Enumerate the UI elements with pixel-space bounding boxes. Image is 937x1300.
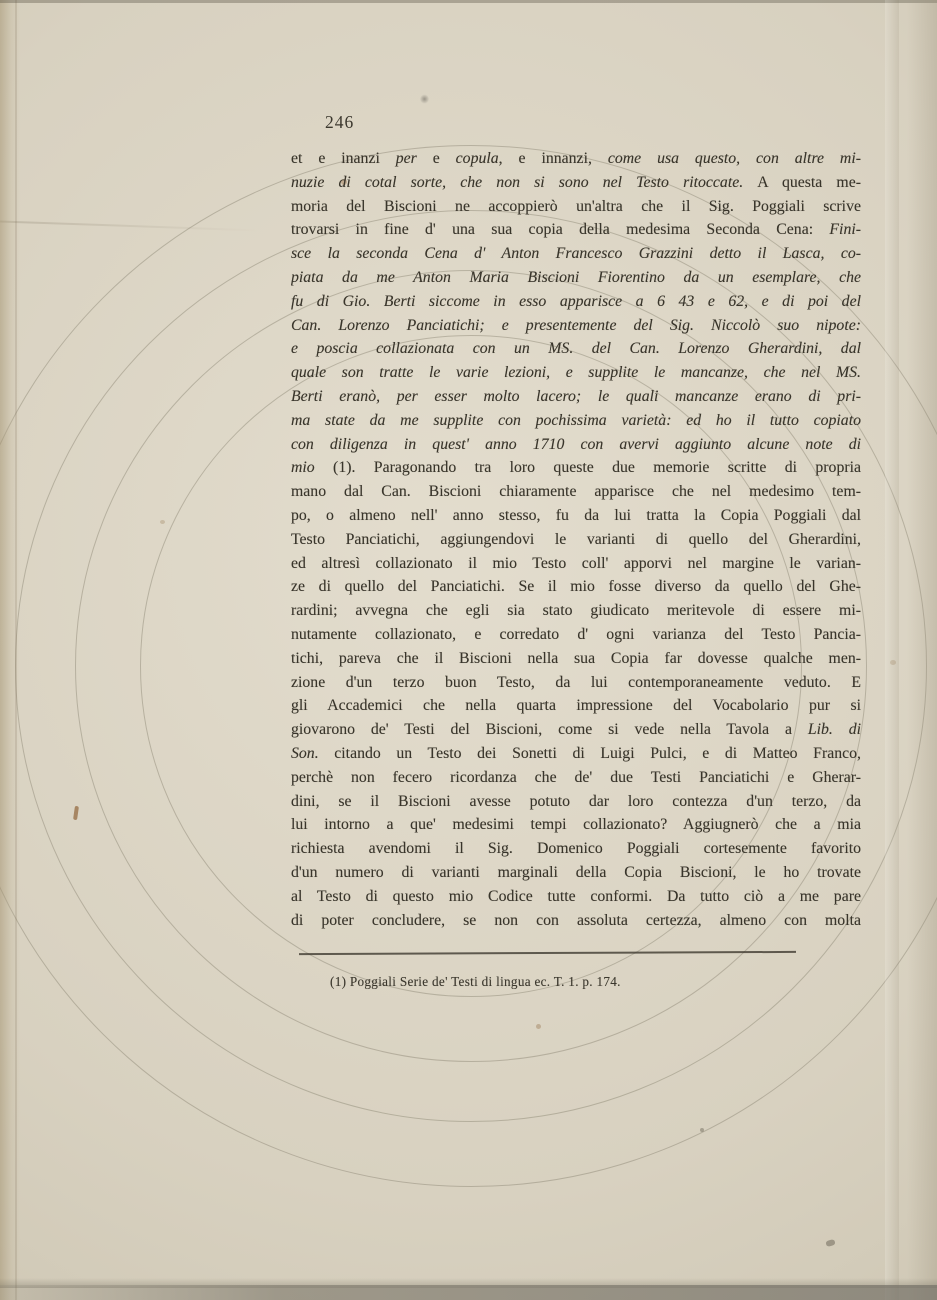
text-segment: rardini; avvegna che egli sia stato giud… (291, 602, 861, 619)
italic-text-segment: mio (291, 459, 315, 476)
page-left-edge (0, 0, 20, 1300)
page-top-edge (0, 0, 937, 3)
text-segment: tichi, pareva che il Biscioni nella sua … (291, 650, 861, 667)
paper-stain (536, 1024, 541, 1029)
text-line: et e inanzi per e copula, e innanzi, com… (291, 147, 861, 171)
text-segment: al Testo di questo mio Codice tutte conf… (291, 888, 861, 905)
text-line: tichi, pareva che il Biscioni nella sua … (291, 647, 861, 671)
text-line: d'un numero di varianti marginali della … (291, 861, 861, 885)
text-line: nutamente collazionato, e corredato d' o… (291, 623, 861, 647)
text-segment: giovarono de' Testi del Biscioni, come s… (291, 721, 808, 738)
italic-text-segment: sce la seconda Cena d' Anton Francesco G… (291, 245, 861, 262)
text-segment: trovarsi in fine d' una sua copia della … (291, 221, 829, 238)
italic-text-segment: e poscia collazionata con un MS. del Can… (291, 340, 861, 357)
text-line: moria del Biscioni ne accoppierò un'altr… (291, 195, 861, 219)
text-segment: gli Accademici che nella quarta impressi… (291, 697, 861, 714)
italic-text-segment: con diligenza in quest' anno 1710 con av… (291, 436, 861, 453)
text-line: mio (1). Paragonando tra loro queste due… (291, 456, 861, 480)
text-segment: lui intorno a que' medesimi tempi collaz… (291, 816, 861, 833)
text-segment: (1). Paragonando tra loro queste due mem… (315, 459, 861, 476)
page-number: 246 (325, 112, 354, 133)
italic-text-segment: fu di Gio. Berti siccome in esso apparis… (291, 293, 861, 310)
italic-text-segment: per (396, 150, 417, 167)
italic-text-segment: Berti eranò, per esser molto lacero; le … (291, 388, 861, 405)
text-segment: perchè non fecero ricordanza che de' due… (291, 769, 861, 786)
text-line: sce la seconda Cena d' Anton Francesco G… (291, 242, 861, 266)
text-line: Berti eranò, per esser molto lacero; le … (291, 385, 861, 409)
text-line: lui intorno a que' medesimi tempi collaz… (291, 813, 861, 837)
italic-text-segment: quale son tratte le varie lezioni, e sup… (291, 364, 861, 381)
text-line: rardini; avvegna che egli sia stato giud… (291, 599, 861, 623)
text-line: quale son tratte le varie lezioni, e sup… (291, 361, 861, 385)
paper-stain (700, 1128, 704, 1132)
scan-bottom-band (0, 1285, 937, 1300)
text-line: fu di Gio. Berti siccome in esso apparis… (291, 290, 861, 314)
text-line: po, o almeno nell' anno stesso, fu da lu… (291, 504, 861, 528)
footnote-text: (1) Poggiali Serie de' Testi di lingua e… (330, 974, 621, 990)
text-line: e poscia collazionata con un MS. del Can… (291, 337, 861, 361)
text-line: nuzie di cotal sorte, che non si sono ne… (291, 171, 861, 195)
text-segment: nutamente collazionato, e corredato d' o… (291, 626, 861, 643)
text-line: dini, se il Biscioni avesse potuto dar l… (291, 790, 861, 814)
ink-smudge (420, 94, 429, 104)
scanned-book-page: 246 et e inanzi per e copula, e innanzi,… (0, 0, 937, 1300)
text-segment: Testo Panciatichi, aggiungendovi le vari… (291, 531, 861, 548)
text-segment: dini, se il Biscioni avesse potuto dar l… (291, 793, 861, 810)
page-left-crease (15, 0, 17, 1300)
text-line: gli Accademici che nella quarta impressi… (291, 694, 861, 718)
text-line: ma state da me supplite con pochissima v… (291, 409, 861, 433)
text-segment: citando un Testo dei Sonetti di Luigi Pu… (319, 745, 861, 762)
italic-text-segment: ma state da me supplite con pochissima v… (291, 412, 861, 429)
italic-text-segment: Fini- (829, 221, 861, 238)
text-line: richiesta avendomi il Sig. Domenico Pogg… (291, 837, 861, 861)
italic-text-segment: copula (456, 150, 499, 167)
body-text: et e inanzi per e copula, e innanzi, com… (291, 147, 861, 932)
text-segment: mano dal Can. Biscioni chiaramente appar… (291, 483, 861, 500)
text-segment: di poter concludere, se non con assoluta… (291, 912, 861, 929)
text-line: Can. Lorenzo Panciatichi; e presentement… (291, 314, 861, 338)
italic-text-segment: Son. (291, 745, 319, 762)
text-segment: d'un numero di varianti marginali della … (291, 864, 861, 881)
text-line: giovarono de' Testi del Biscioni, come s… (291, 718, 861, 742)
text-line: Testo Panciatichi, aggiungendovi le vari… (291, 528, 861, 552)
text-segment: , e innanzi, (499, 150, 608, 167)
text-segment: richiesta avendomi il Sig. Domenico Pogg… (291, 840, 861, 857)
text-segment: moria del Biscioni ne accoppierò un'altr… (291, 198, 861, 215)
text-segment: zione d'un terzo buon Testo, da lui cont… (291, 674, 861, 691)
paper-stain (160, 520, 165, 524)
italic-text-segment: Can. Lorenzo Panciatichi; e presentement… (291, 317, 861, 334)
paper-stain (825, 1239, 835, 1247)
page-right-edge (907, 0, 937, 1300)
text-line: Son. citando un Testo dei Sonetti di Lui… (291, 742, 861, 766)
text-line: perchè non fecero ricordanza che de' due… (291, 766, 861, 790)
text-line: trovarsi in fine d' una sua copia della … (291, 218, 861, 242)
italic-text-segment: come usa questo, con altre mi- (608, 150, 861, 167)
text-line: piata da me Anton Maria Biscioni Fiorent… (291, 266, 861, 290)
italic-text-segment: Lib. di (808, 721, 861, 738)
italic-text-segment: piata da me Anton Maria Biscioni Fiorent… (291, 269, 861, 286)
text-segment: po, o almeno nell' anno stesso, fu da lu… (291, 507, 861, 524)
text-line: mano dal Can. Biscioni chiaramente appar… (291, 480, 861, 504)
text-segment: et e inanzi (291, 150, 396, 167)
text-segment: ze di quello del Panciatichi. Se il mio … (291, 578, 861, 595)
text-line: di poter concludere, se non con assoluta… (291, 909, 861, 933)
text-line: con diligenza in quest' anno 1710 con av… (291, 433, 861, 457)
page-fold-shadow (885, 0, 899, 1300)
italic-text-segment: nuzie di cotal sorte, che non si sono ne… (291, 174, 757, 191)
text-segment: ed altresì collazionato il mio Testo col… (291, 555, 861, 572)
text-line: zione d'un terzo buon Testo, da lui cont… (291, 671, 861, 695)
text-line: ed altresì collazionato il mio Testo col… (291, 552, 861, 576)
text-segment: e (417, 150, 456, 167)
text-line: ze di quello del Panciatichi. Se il mio … (291, 575, 861, 599)
text-line: al Testo di questo mio Codice tutte conf… (291, 885, 861, 909)
text-segment: A questa me- (757, 174, 861, 191)
